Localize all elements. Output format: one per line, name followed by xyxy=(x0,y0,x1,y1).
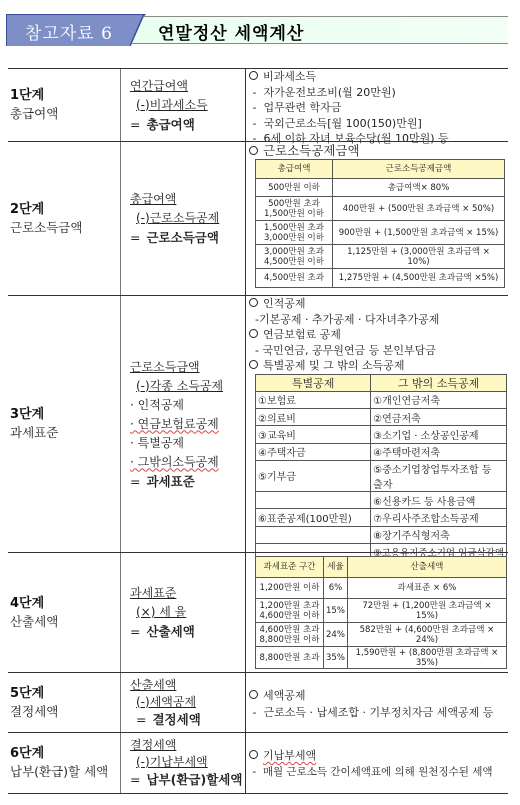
table-row: 8,800만원 초과 35% 1,590만원 + (8,800만원 초과금액 ×… xyxy=(256,647,507,669)
table-row: 1,500만원 초과 3,000만원 이하 900만원 + (1,500만원 초… xyxy=(256,221,505,245)
table-cell: ②의료비 xyxy=(256,409,371,426)
table-header-row: 과세표준 구간 세율 산출세액 xyxy=(256,557,507,578)
step-row-2: 2단계 근로소득금액 총급여액 (-)근로소득공제 =근로소득금액 근로소득공제… xyxy=(8,141,508,295)
table-row: ⑥신용카드 등 사용금액 xyxy=(256,491,507,508)
table-cell: 4,500만원 초과 xyxy=(256,269,333,288)
earned-income-deduction-table: 총급여액 근로소득공제금액 500만원 이하 총급여액× 80% 500만원 초… xyxy=(255,159,505,288)
formula-cell: 결정세액 (-)기납부세액 =납부(환급)할세액 xyxy=(121,733,246,793)
table-cell: 총급여액× 80% xyxy=(333,179,505,197)
details-cell: 과세표준 구간 세율 산출세액 1,200만원 이하 6% 과세표준 × 6% … xyxy=(246,553,508,672)
column-header: 그 밖의 소득공제 xyxy=(371,374,507,391)
formula-cell: 근로소득금액 (-)각종 소득공제 · 인적공제 · 연금보험료공제 · 특별공… xyxy=(121,296,246,552)
details-cell: 비과세소득 - 자가운전보조비(월 20만원) - 업무관련 학자금 - 국외근… xyxy=(246,69,508,141)
formula-operation: (-)비과세소득 xyxy=(130,96,245,115)
step-number: 1단계 xyxy=(10,87,120,105)
formula-base: 결정세액 xyxy=(130,737,245,754)
formula-subitem: · 그밖의소득공제 xyxy=(130,453,245,472)
detail-item: -기본공제 · 추가공제 · 다자녀추가공제 xyxy=(249,312,508,328)
formula-result: =총급여액 xyxy=(130,115,245,134)
formula-operation: (-)세액공제 xyxy=(130,694,245,711)
table-cell: 4,600만원 초과 8,800만원 이하 xyxy=(256,623,324,647)
formula-result: =과세표준 xyxy=(130,472,245,491)
step-number: 3단계 xyxy=(10,406,120,424)
step-number: 6단계 xyxy=(10,745,120,763)
circle-bullet-icon xyxy=(249,329,258,338)
formula-base: 총급여액 xyxy=(130,190,245,209)
detail-heading: 인적공제 xyxy=(249,296,508,312)
formula-base: 근로소득금액 xyxy=(130,358,245,377)
table-cell: ①보험료 xyxy=(256,391,371,408)
column-header: 특별공제 xyxy=(256,374,371,391)
step-row-5: 5단계 결정세액 산출세액 (-)세액공제 =결정세액 세액공제 - 근로소득 … xyxy=(8,672,508,732)
step-label-cell: 4단계 산출세액 xyxy=(8,553,121,672)
detail-heading: 비과세소득 xyxy=(249,69,508,85)
table-cell: ⑤기부금 xyxy=(256,460,371,491)
step-label-cell: 5단계 결정세액 xyxy=(8,673,121,732)
formula-operation: (-)근로소득공제 xyxy=(130,209,245,228)
column-header: 세율 xyxy=(324,557,348,578)
table-row: ⑧장기주식형저축 xyxy=(256,526,507,543)
detail-heading: 특별공제 및 그 밖의 소득공제 xyxy=(249,358,508,374)
table-cell: 15% xyxy=(324,599,348,623)
formula-result: =결정세액 xyxy=(130,711,245,729)
detail-heading: 근로소득공제금액 xyxy=(249,142,508,159)
details-cell: 인적공제 -기본공제 · 추가공제 · 다자녀추가공제 연금보험료 공제 - 국… xyxy=(246,296,508,552)
step-name: 결정세액 xyxy=(10,703,120,721)
table-cell: ④주택자금 xyxy=(256,443,371,460)
column-header: 과세표준 구간 xyxy=(256,557,324,578)
step-name: 과세표준 xyxy=(10,424,120,442)
table-cell: ④주택마련저축 xyxy=(371,443,507,460)
detail-item: - 업무관련 학자금 xyxy=(249,100,508,116)
table-row: 1,200만원 이하 6% 과세표준 × 6% xyxy=(256,578,507,599)
table-cell: ⑥신용카드 등 사용금액 xyxy=(371,491,507,508)
table-row: ③교육비③소기업 · 소상공인공제 xyxy=(256,426,507,443)
circle-bullet-icon xyxy=(249,146,258,155)
circle-bullet-icon xyxy=(249,71,258,80)
formula-cell: 연간급여액 (-)비과세소득 =총급여액 xyxy=(121,69,246,141)
step-name: 총급여액 xyxy=(10,105,120,123)
table-cell: 1,275만원 + (4,500만원 초과금액 ×5%) xyxy=(333,269,505,288)
formula-result: =근로소득금액 xyxy=(130,228,245,247)
details-cell: 세액공제 - 근로소득 · 납세조합 · 기부정치자금 세액공제 등 xyxy=(246,673,508,732)
detail-heading: 연금보험료 공제 xyxy=(249,327,508,343)
column-header: 산출세액 xyxy=(347,557,506,578)
table-cell: 400만원 + (500만원 초과금액 × 50%) xyxy=(333,197,505,221)
formula-operation: (×) 세 율 xyxy=(130,603,245,622)
step-label-cell: 3단계 과세표준 xyxy=(8,296,121,552)
table-row: 4,600만원 초과 8,800만원 이하 24% 582만원 + (4,600… xyxy=(256,623,507,647)
step-row-4: 4단계 산출세액 과세표준 (×) 세 율 =산출세액 과세표준 구간 세율 산… xyxy=(8,552,508,672)
table-cell: 1,500만원 초과 3,000만원 이하 xyxy=(256,221,333,245)
details-cell: 근로소득공제금액 총급여액 근로소득공제금액 500만원 이하 총급여액× 80… xyxy=(246,142,508,295)
step-row-1: 1단계 총급여액 연간급여액 (-)비과세소득 =총급여액 비과세소득 - 자가… xyxy=(8,68,508,141)
formula-subitem: · 특별공제 xyxy=(130,434,245,453)
formula-subitem: · 연금보험료공제 xyxy=(130,415,245,434)
reference-label: 참고자료 6 xyxy=(25,19,113,44)
table-cell: 1,125만원 + (3,000만원 초과금액 × 10%) xyxy=(333,245,505,269)
detail-heading: 세액공제 xyxy=(249,687,508,704)
column-header: 총급여액 xyxy=(256,160,333,179)
step-label-cell: 6단계 납부(환급)할 세액 xyxy=(8,733,121,793)
table-cell: 582만원 + (4,600만원 초과금액 × 24%) xyxy=(347,623,506,647)
table-cell: ⑥표준공제(100만원) xyxy=(256,509,371,526)
table-cell: 900만원 + (1,500만원 초과금액 × 15%) xyxy=(333,221,505,245)
page-header: 참고자료 6 연말정산 세액계산 xyxy=(6,14,502,46)
tax-rate-table: 과세표준 구간 세율 산출세액 1,200만원 이하 6% 과세표준 × 6% … xyxy=(255,556,507,669)
formula-cell: 산출세액 (-)세액공제 =결정세액 xyxy=(121,673,246,732)
table-row: 4,500만원 초과 1,275만원 + (4,500만원 초과금액 ×5%) xyxy=(256,269,505,288)
table-cell: 500만원 이하 xyxy=(256,179,333,197)
step-row-3: 3단계 과세표준 근로소득금액 (-)각종 소득공제 · 인적공제 · 연금보험… xyxy=(8,295,508,552)
table-cell: 과세표준 × 6% xyxy=(347,578,506,599)
table-cell: 72만원 + (1,200만원 초과금액 × 15%) xyxy=(347,599,506,623)
table-cell: 3,000만원 초과 4,500만원 이하 xyxy=(256,245,333,269)
table-cell: 1,200만원 이하 xyxy=(256,578,324,599)
step-number: 4단계 xyxy=(10,595,120,613)
formula-cell: 과세표준 (×) 세 율 =산출세액 xyxy=(121,553,246,672)
circle-bullet-icon xyxy=(249,750,258,759)
step-name: 근로소득금액 xyxy=(10,219,120,237)
step-number: 5단계 xyxy=(10,685,120,703)
table-cell: ③소기업 · 소상공인공제 xyxy=(371,426,507,443)
formula-operation: (-)기납부세액 xyxy=(130,754,245,771)
detail-item: - 근로소득 · 납세조합 · 기부정치자금 세액공제 등 xyxy=(249,704,508,721)
detail-heading: 기납부세액 xyxy=(249,747,508,764)
table-cell: 6% xyxy=(324,578,348,599)
circle-bullet-icon xyxy=(249,298,258,307)
step-number: 2단계 xyxy=(10,201,120,219)
table-row: ②의료비②연금저축 xyxy=(256,409,507,426)
table-row: ⑥표준공제(100만원)⑦우리사주조합소득공제 xyxy=(256,509,507,526)
circle-bullet-icon xyxy=(249,360,258,369)
formula-cell: 총급여액 (-)근로소득공제 =근로소득금액 xyxy=(121,142,246,295)
detail-item: - 매월 근로소득 간이세액표에 의해 원천징수된 세액 xyxy=(249,764,508,781)
table-row: 500만원 초과 1,500만원 이하 400만원 + (500만원 초과금액 … xyxy=(256,197,505,221)
table-cell: ①개인연금저축 xyxy=(371,391,507,408)
detail-item: - 자가운전보조비(월 20만원) xyxy=(249,85,508,101)
table-row: 500만원 이하 총급여액× 80% xyxy=(256,179,505,197)
details-cell: 기납부세액 - 매월 근로소득 간이세액표에 의해 원천징수된 세액 xyxy=(246,733,508,793)
table-cell: ②연금저축 xyxy=(371,409,507,426)
column-header: 근로소득공제금액 xyxy=(333,160,505,179)
table-cell: ⑧장기주식형저축 xyxy=(371,526,507,543)
table-row: ④주택자금④주택마련저축 xyxy=(256,443,507,460)
step-label-cell: 2단계 근로소득금액 xyxy=(8,142,121,295)
step-name: 산출세액 xyxy=(10,613,120,631)
deductions-table: 특별공제 그 밖의 소득공제 ①보험료①개인연금저축 ②의료비②연금저축 ③교육… xyxy=(255,374,507,579)
table-cell: 35% xyxy=(324,647,348,669)
formula-base: 연간급여액 xyxy=(130,77,245,96)
reference-label-box: 참고자료 6 xyxy=(6,14,146,46)
table-cell: 500만원 초과 1,500만원 이하 xyxy=(256,197,333,221)
detail-item: - 국외근로소득[월 100(150)만원] xyxy=(249,116,508,132)
tax-calculation-table: 1단계 총급여액 연간급여액 (-)비과세소득 =총급여액 비과세소득 - 자가… xyxy=(8,68,508,794)
step-row-6: 6단계 납부(환급)할 세액 결정세액 (-)기납부세액 =납부(환급)할세액 … xyxy=(8,732,508,794)
page-title: 연말정산 세액계산 xyxy=(158,19,304,44)
formula-operation: (-)각종 소득공제 xyxy=(130,377,245,396)
detail-item: - 국민연금, 공무원연금 등 본인부담금 xyxy=(249,343,508,359)
circle-bullet-icon xyxy=(249,690,258,699)
formula-base: 과세표준 xyxy=(130,584,245,603)
formula-result: =산출세액 xyxy=(130,622,245,641)
formula-base: 산출세액 xyxy=(130,677,245,694)
table-cell: 1,590만원 + (8,800만원 초과금액 × 35%) xyxy=(347,647,506,669)
title-box: 연말정산 세액계산 xyxy=(132,16,508,44)
table-row: 3,000만원 초과 4,500만원 이하 1,125만원 + (3,000만원… xyxy=(256,245,505,269)
table-cell: ⑦우리사주조합소득공제 xyxy=(371,509,507,526)
table-cell: 1,200만원 초과 4,600만원 이하 xyxy=(256,599,324,623)
formula-subitem: · 인적공제 xyxy=(130,396,245,415)
step-name: 납부(환급)할 세액 xyxy=(10,763,120,781)
step-label-cell: 1단계 총급여액 xyxy=(8,69,121,141)
table-header-row: 특별공제 그 밖의 소득공제 xyxy=(256,374,507,391)
table-row: 1,200만원 초과 4,600만원 이하 15% 72만원 + (1,200만… xyxy=(256,599,507,623)
table-cell: ③교육비 xyxy=(256,426,371,443)
table-cell: 24% xyxy=(324,623,348,647)
formula-result: =납부(환급)할세액 xyxy=(130,771,245,789)
table-row: ⑤기부금⑤중소기업창업투자조합 등 출자 xyxy=(256,460,507,491)
table-cell: ⑤중소기업창업투자조합 등 출자 xyxy=(371,460,507,491)
table-cell: 8,800만원 초과 xyxy=(256,647,324,669)
table-cell xyxy=(256,526,371,543)
table-row: ①보험료①개인연금저축 xyxy=(256,391,507,408)
table-cell xyxy=(256,491,371,508)
table-header-row: 총급여액 근로소득공제금액 xyxy=(256,160,505,179)
